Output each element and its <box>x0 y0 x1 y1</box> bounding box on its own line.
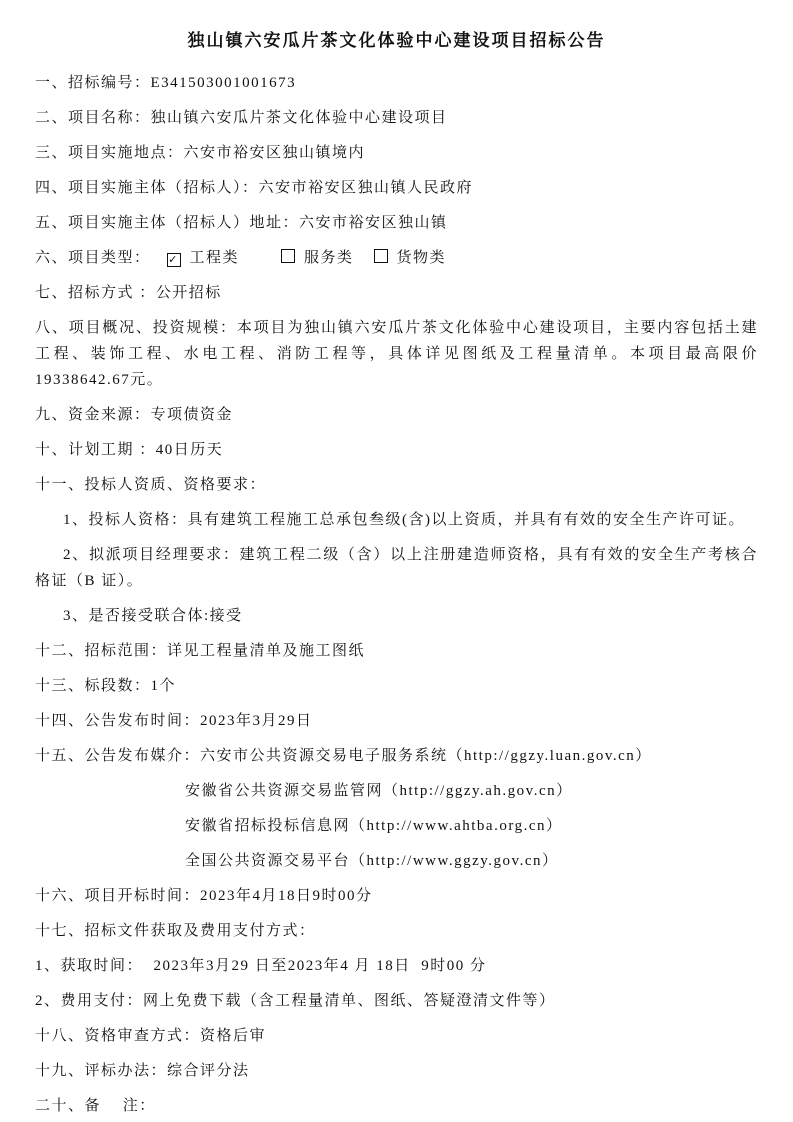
option-label-engineering: 工程类 <box>190 250 240 266</box>
line-section-count: 十三、标段数：1个 <box>35 673 758 699</box>
line-qualification-consortium: 3、是否接受联合体:接受 <box>35 603 758 629</box>
line-announce-date: 十四、公告发布时间：2023年3月29日 <box>35 708 758 734</box>
line-project-location: 三、项目实施地点：六安市裕安区独山镇境内 <box>35 140 758 166</box>
line-bid-opening-time: 十六、项目开标时间：2023年4月18日9时00分 <box>35 883 758 909</box>
line-tender-method: 七、招标方式 ：公开招标 <box>35 280 758 306</box>
line-qualification-header: 十一、投标人资质、资格要求： <box>35 472 758 498</box>
line-announce-media-3: 安徽省招标投标信息网（http://www.ahtba.org.cn） <box>35 813 758 839</box>
checkbox-unchecked-icon <box>281 249 295 263</box>
project-type-option-engineering: ✓工程类 <box>167 250 240 266</box>
line-obtain-time: 1、获取时间： 2023年3月29 日至2023年4 月 18日 9时00 分 <box>35 953 758 979</box>
line-tender-number: 一、招标编号：E341503001001673 <box>35 70 758 96</box>
document-title: 独山镇六安瓜片茶文化体验中心建设项目招标公告 <box>35 28 758 54</box>
line-owner-address: 五、项目实施主体（招标人）地址：六安市裕安区独山镇 <box>35 210 758 236</box>
line-tender-scope: 十二、招标范围：详见工程量清单及施工图纸 <box>35 638 758 664</box>
project-type-label: 六、项目类型： <box>35 250 151 266</box>
line-doc-fee-header: 十七、招标文件获取及费用支付方式： <box>35 918 758 944</box>
line-remark: 二十、备 注： <box>35 1093 758 1119</box>
checkbox-unchecked-icon <box>374 249 388 263</box>
option-label-goods: 货物类 <box>397 250 447 266</box>
checkbox-checked-icon: ✓ <box>167 253 181 267</box>
line-funding-source: 九、资金来源：专项债资金 <box>35 402 758 428</box>
line-project-type: 六、项目类型：✓工程类服务类货物类 <box>35 245 758 271</box>
line-project-name: 二、项目名称：独山镇六安瓜片茶文化体验中心建设项目 <box>35 105 758 131</box>
line-project-overview: 八、项目概况、投资规模：本项目为独山镇六安瓜片茶文化体验中心建设项目，主要内容包… <box>35 315 758 393</box>
line-announce-media-4: 全国公共资源交易平台（http://www.ggzy.gov.cn） <box>35 848 758 874</box>
line-review-method: 十八、资格审查方式：资格后审 <box>35 1023 758 1049</box>
option-label-service: 服务类 <box>304 250 354 266</box>
tender-announcement-page: 独山镇六安瓜片茶文化体验中心建设项目招标公告 一、招标编号：E341503001… <box>0 0 793 1122</box>
line-announce-media-2: 安徽省公共资源交易监管网（http://ggzy.ah.gov.cn） <box>35 778 758 804</box>
check-glyph: ✓ <box>168 254 180 266</box>
line-project-owner: 四、项目实施主体（招标人）：六安市裕安区独山镇人民政府 <box>35 175 758 201</box>
line-fee-payment: 2、费用支付：网上免费下载（含工程量清单、图纸、答疑澄清文件等） <box>35 988 758 1014</box>
line-evaluation-method: 十九、评标办法：综合评分法 <box>35 1058 758 1084</box>
project-type-option-service: 服务类 <box>281 250 354 266</box>
line-qualification-bidder: 1、投标人资格：具有建筑工程施工总承包叁级(含)以上资质，并具有有效的安全生产许… <box>35 507 758 533</box>
line-planned-duration: 十、计划工期 ：40日历天 <box>35 437 758 463</box>
line-qualification-manager: 2、拟派项目经理要求：建筑工程二级（含）以上注册建造师资格，具有有效的安全生产考… <box>35 542 758 594</box>
project-type-option-goods: 货物类 <box>374 250 447 266</box>
line-announce-media-1: 十五、公告发布媒介：六安市公共资源交易电子服务系统（http://ggzy.lu… <box>35 743 758 769</box>
